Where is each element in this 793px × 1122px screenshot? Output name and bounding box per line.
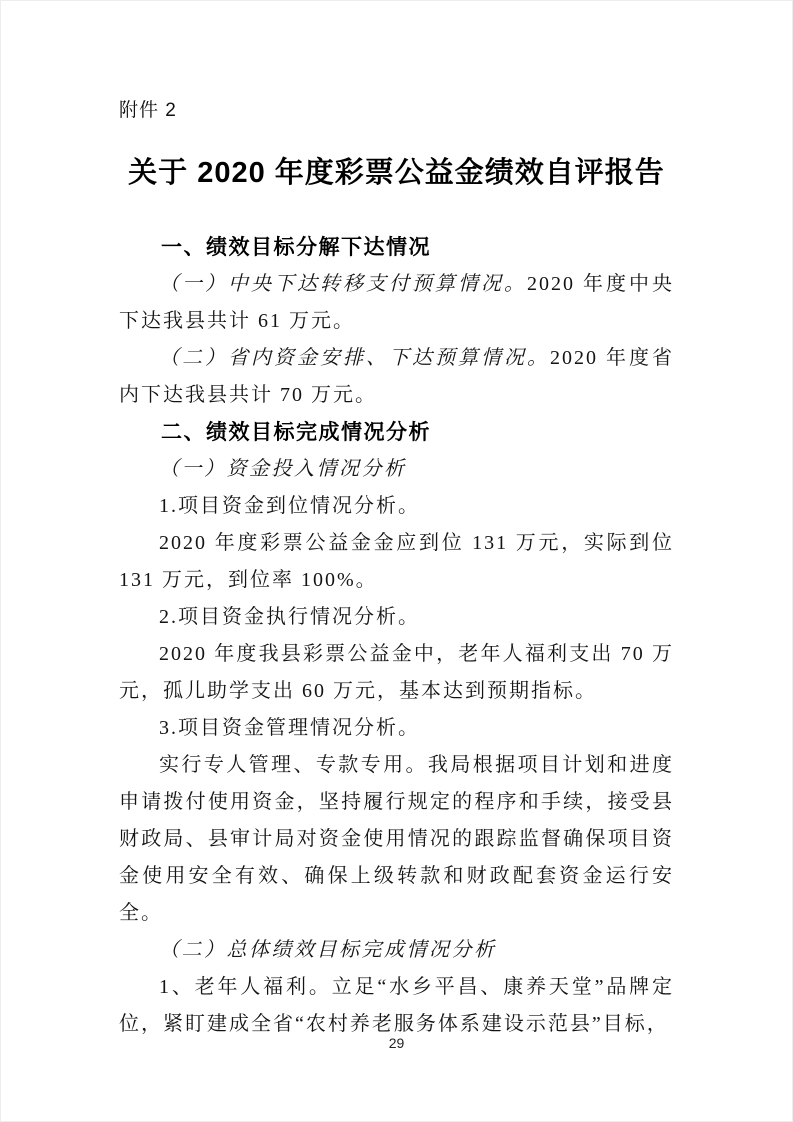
section-heading: 一、绩效目标分解下达情况 — [119, 229, 674, 266]
paragraph: 2.项目资金执行情况分析。 — [119, 599, 674, 636]
page-body: 附件 2 关于 2020 年度彩票公益金绩效自评报告 一、绩效目标分解下达情况 … — [1, 1, 792, 1043]
document-content: 一、绩效目标分解下达情况 （一）中央下达转移支付预算情况。2020 年度中央下达… — [119, 229, 674, 1043]
paragraph: 实行专人管理、专款专用。我局根据项目计划和进度申请拨付使用资金，坚持履行规定的程… — [119, 747, 674, 932]
paragraph: 1.项目资金到位情况分析。 — [119, 488, 674, 525]
section-heading: 二、绩效目标完成情况分析 — [119, 414, 674, 451]
paragraph-lead: （二）省内资金安排、下达预算情况。 — [159, 347, 550, 369]
paragraph: （一）中央下达转移支付预算情况。2020 年度中央下达我县共计 61 万元。 — [119, 266, 674, 340]
subsection-heading: （二）总体绩效目标完成情况分析 — [119, 932, 674, 969]
paragraph: 3.项目资金管理情况分析。 — [119, 710, 674, 747]
document-page: 附件 2 关于 2020 年度彩票公益金绩效自评报告 一、绩效目标分解下达情况 … — [0, 0, 793, 1122]
page-number: 29 — [1, 1035, 792, 1051]
paragraph: （二）省内资金安排、下达预算情况。2020 年度省内下达我县共计 70 万元。 — [119, 340, 674, 414]
attachment-label: 附件 2 — [119, 97, 674, 125]
paragraph-lead: （一）中央下达转移支付预算情况。 — [159, 273, 527, 295]
paragraph: 1、老年人福利。立足“水乡平昌、康养天堂”品牌定位，紧盯建成全省“农村养老服务体… — [119, 969, 674, 1043]
paragraph: 2020 年度彩票公益金金应到位 131 万元，实际到位 131 万元，到位率 … — [119, 525, 674, 599]
subsection-heading: （一）资金投入情况分析 — [119, 451, 674, 488]
paragraph: 2020 年度我县彩票公益金中，老年人福利支出 70 万元，孤儿助学支出 60 … — [119, 636, 674, 710]
document-title: 关于 2020 年度彩票公益金绩效自评报告 — [119, 151, 674, 195]
